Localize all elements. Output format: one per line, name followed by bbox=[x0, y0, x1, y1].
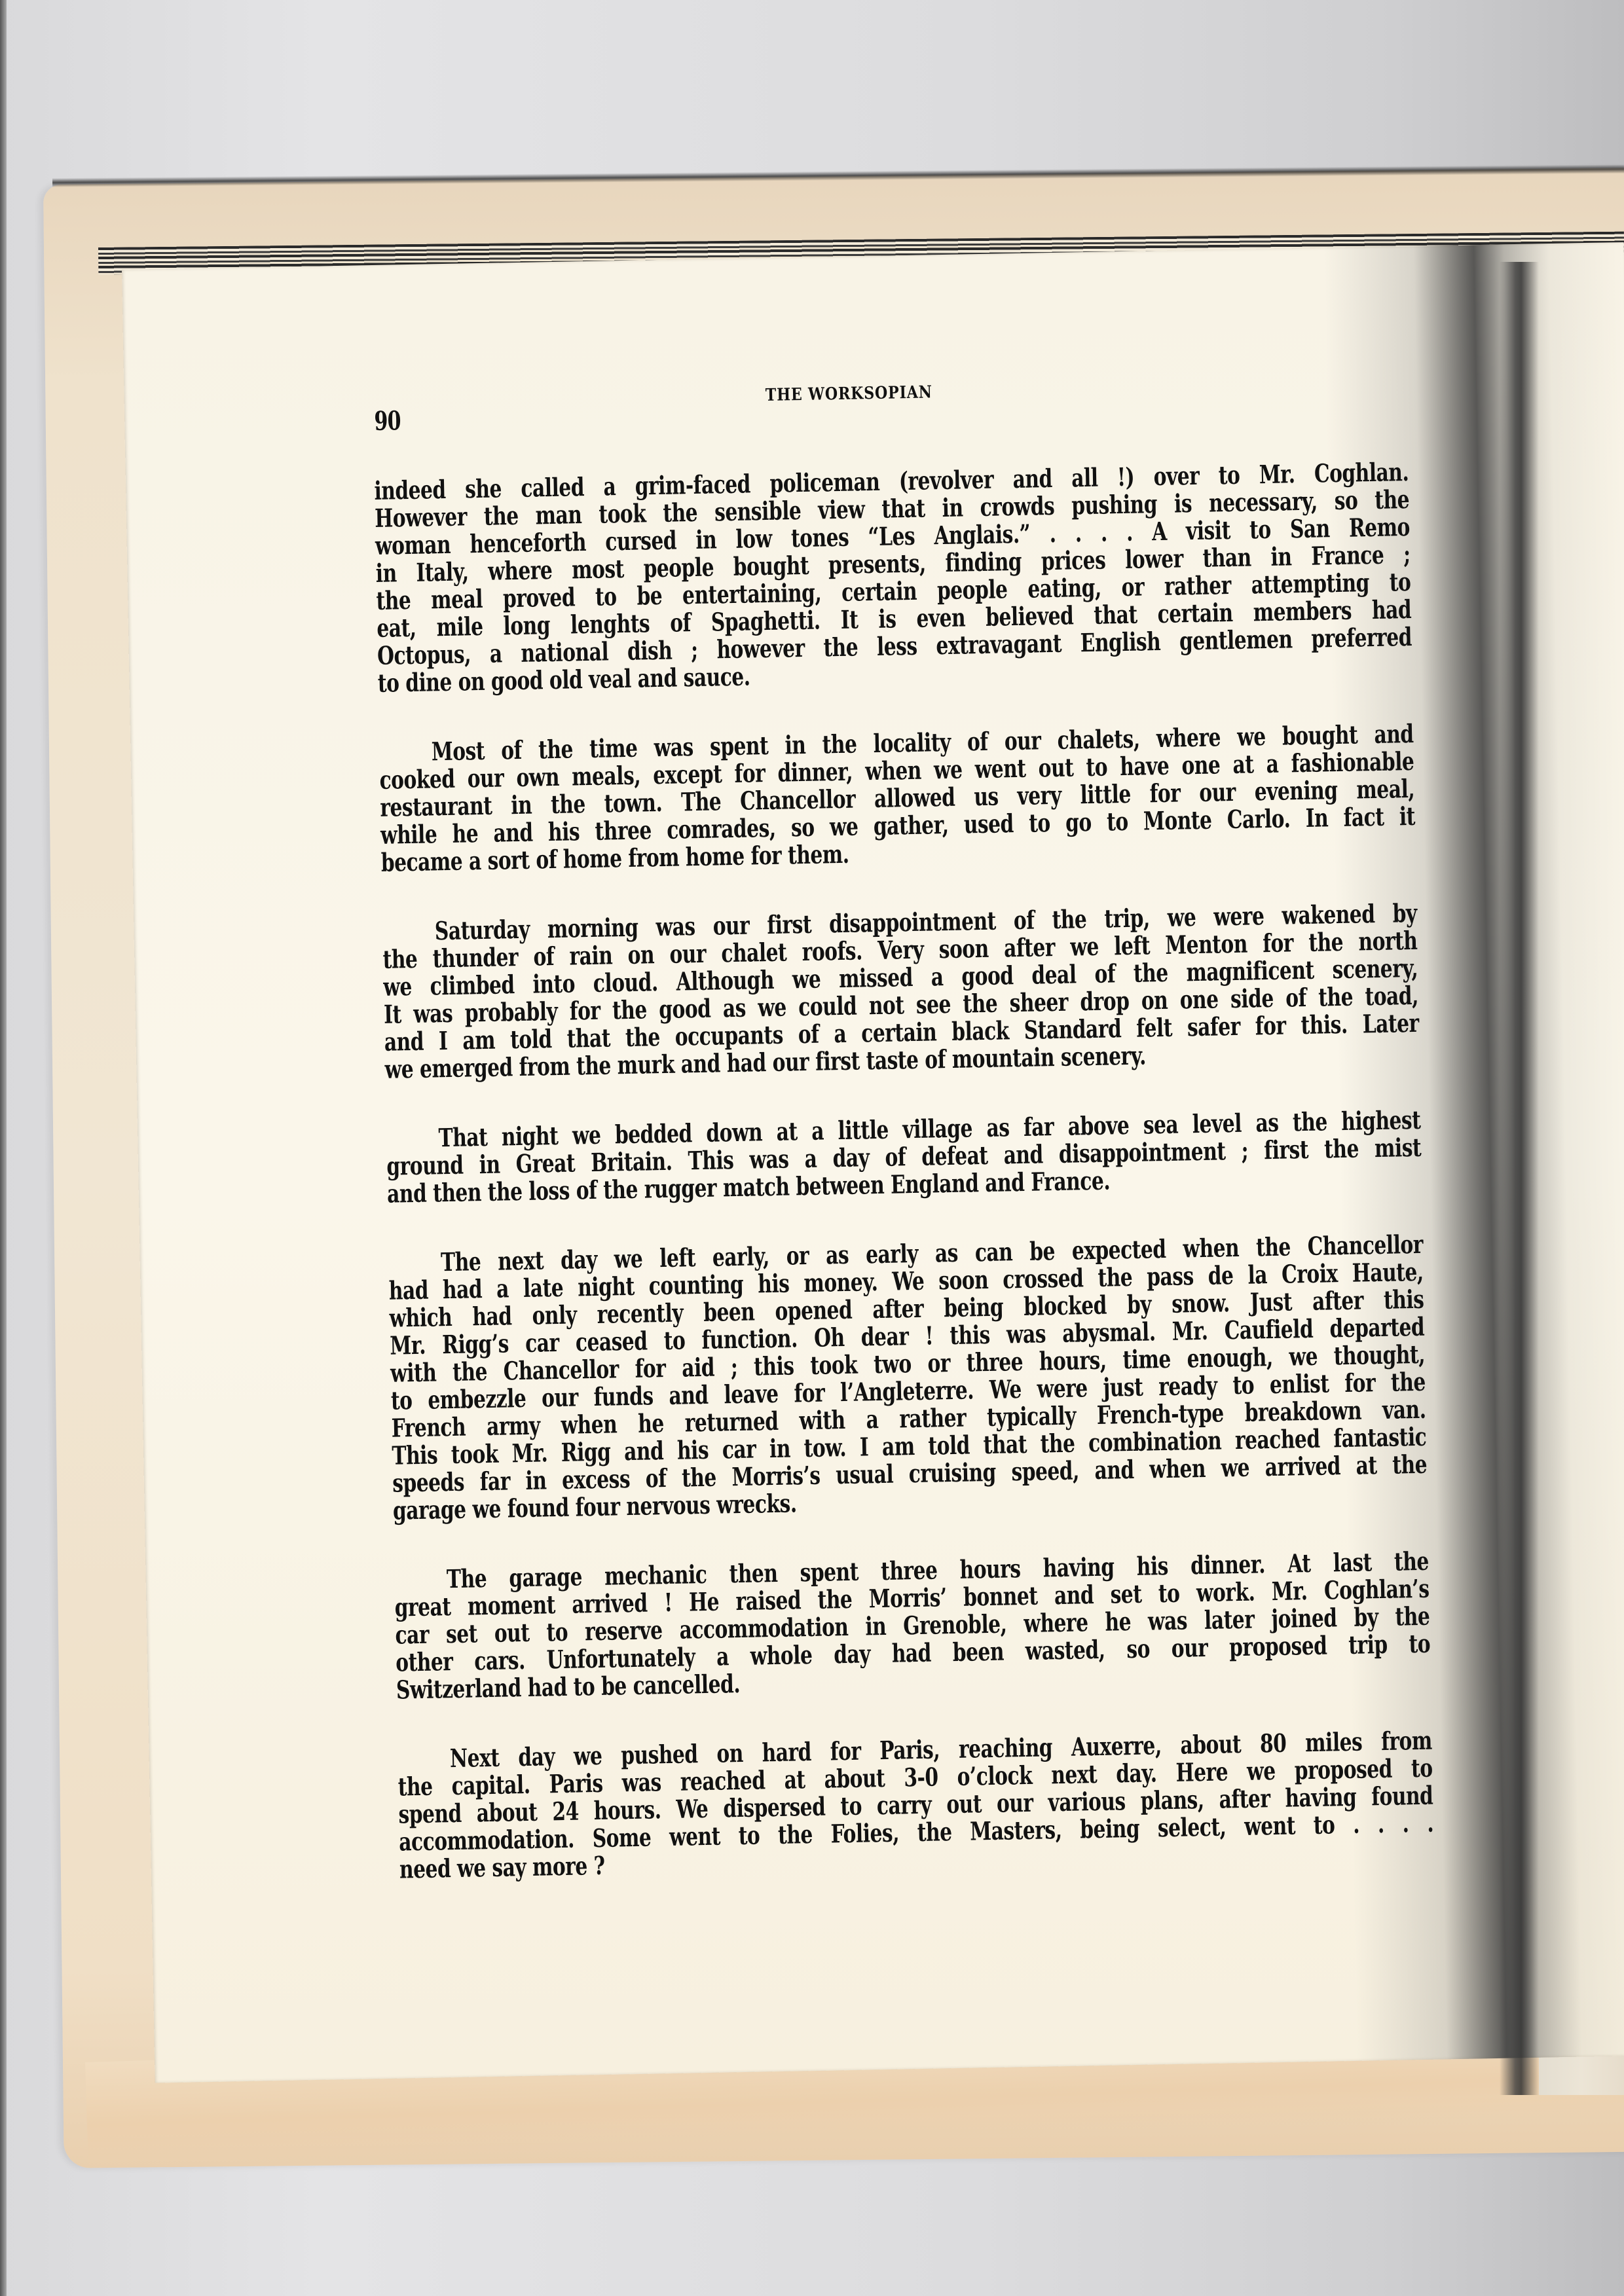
journal-title: THE WORKSOPIAN bbox=[766, 382, 932, 405]
paragraph: The garage mechanic then spent three hou… bbox=[394, 1548, 1431, 1705]
page-text-block: 90 THE WORKSOPIAN indeed she called a gr… bbox=[372, 348, 1435, 1926]
paragraph: Next day we pushed on hard for Paris, re… bbox=[397, 1728, 1435, 1884]
paragraph: indeed she called a grim-faced policeman… bbox=[374, 459, 1412, 698]
page-number: 90 bbox=[374, 405, 401, 437]
paragraph: Saturday morning was our first disappoin… bbox=[382, 900, 1419, 1084]
book-gutter-shadow bbox=[1500, 262, 1539, 2095]
paragraph: The next day we left early, or as early … bbox=[388, 1231, 1428, 1525]
article-body: indeed she called a grim-faced policeman… bbox=[374, 459, 1434, 1884]
paragraph: Most of the time was spent in the locali… bbox=[378, 721, 1416, 877]
scanner-edge bbox=[0, 0, 7, 2296]
paragraph: That night we bedded down at a little vi… bbox=[386, 1107, 1422, 1209]
